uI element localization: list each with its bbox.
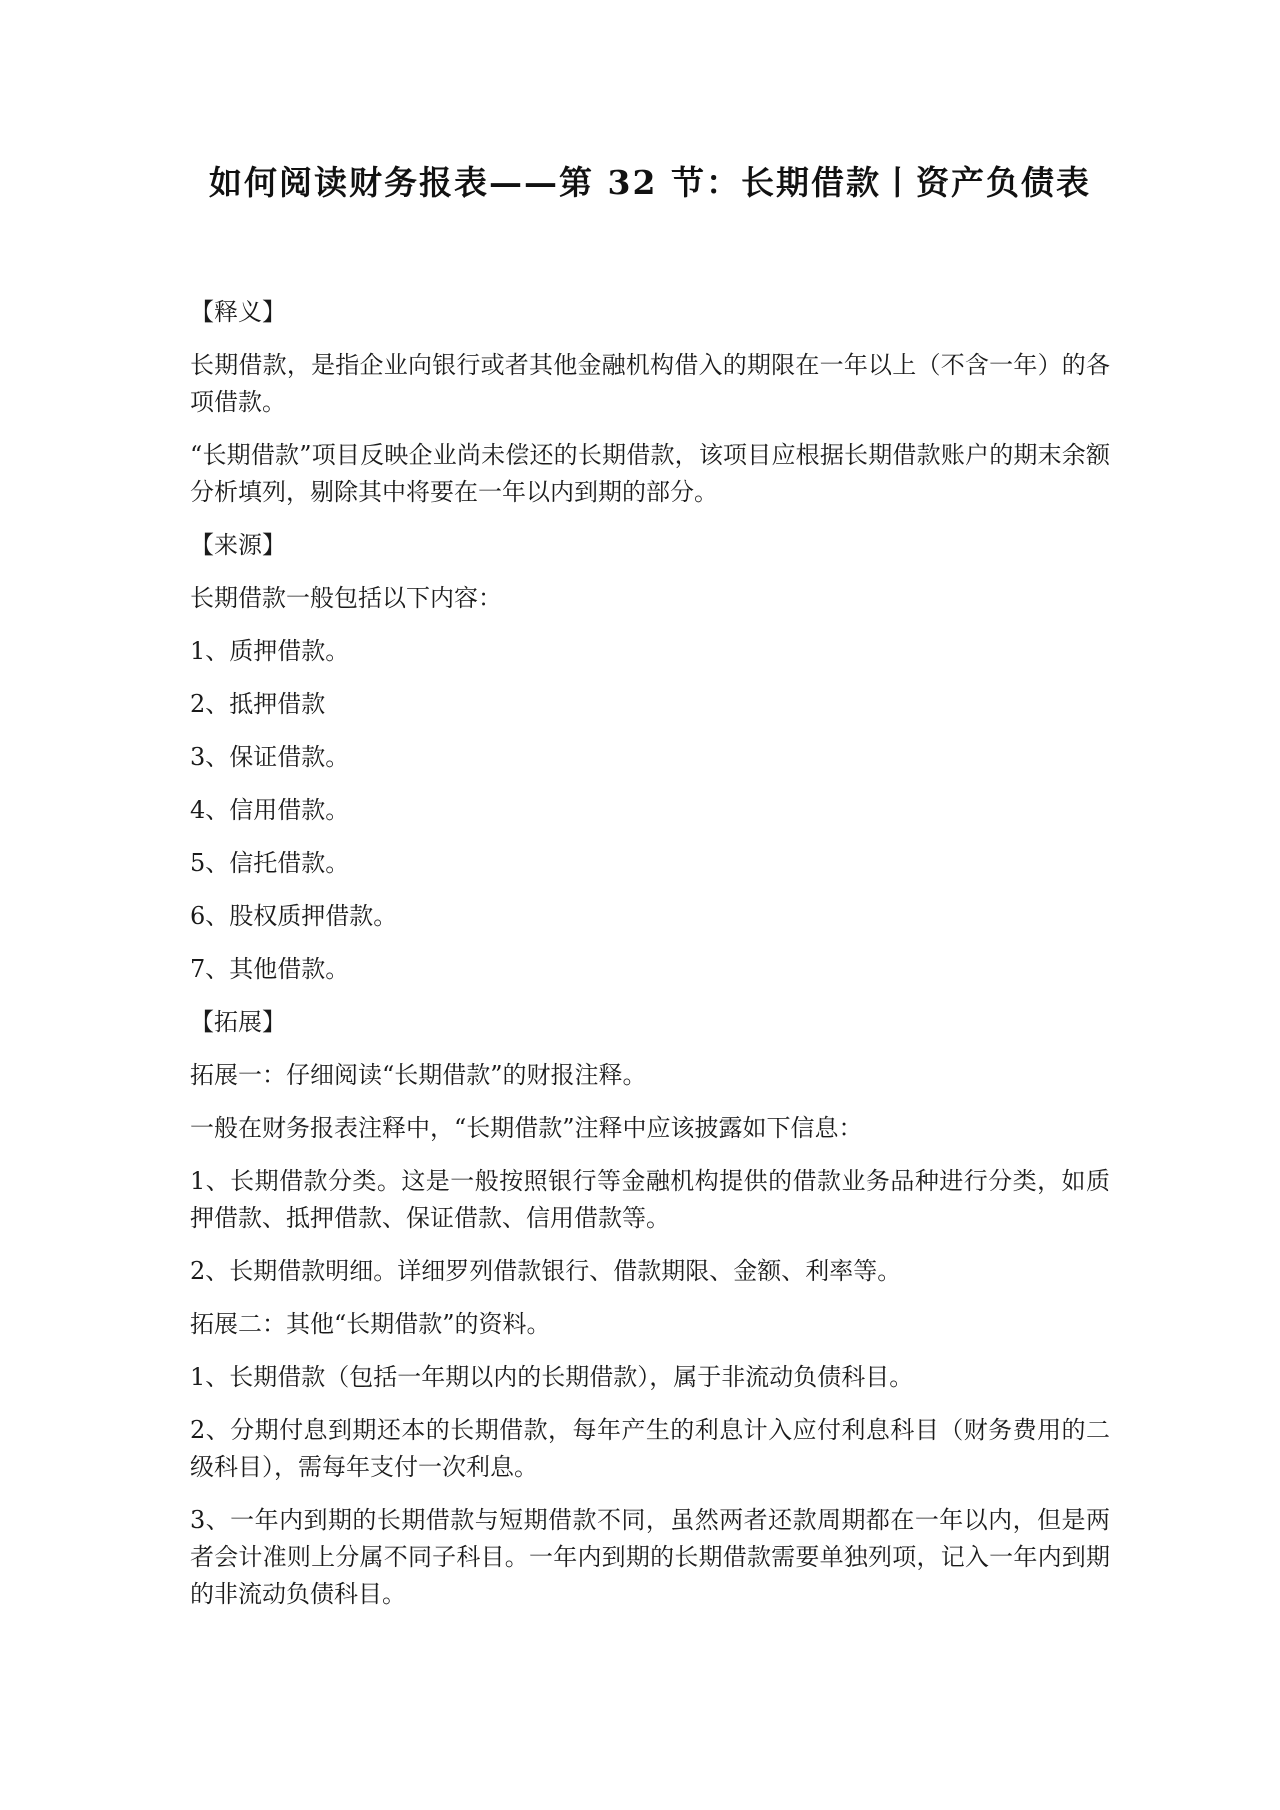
body-paragraph: 长期借款一般包括以下内容： xyxy=(190,580,1110,617)
section-heading: 【来源】 xyxy=(190,527,1110,564)
body-paragraph: 一般在财务报表注释中，“长期借款”注释中应该披露如下信息： xyxy=(190,1110,1110,1147)
list-item: 1、长期借款（包括一年期以内的长期借款），属于非流动负债科目。 xyxy=(190,1359,1110,1396)
list-item: 1、长期借款分类。这是一般按照银行等金融机构提供的借款业务品种进行分类，如质押借… xyxy=(190,1163,1110,1237)
section-heading: 【拓展】 xyxy=(190,1004,1110,1041)
document-page: 如何阅读财务报表——第 32 节：长期借款丨资产负债表 【释义】长期借款，是指企… xyxy=(0,0,1280,1810)
list-item: 2、抵押借款 xyxy=(190,686,1110,723)
list-item: 3、一年内到期的长期借款与短期借款不同，虽然两者还款周期都在一年以内，但是两者会… xyxy=(190,1502,1110,1613)
list-item: 1、质押借款。 xyxy=(190,633,1110,670)
list-item: 4、信用借款。 xyxy=(190,792,1110,829)
document-body: 【释义】长期借款，是指企业向银行或者其他金融机构借入的期限在一年以上（不含一年）… xyxy=(190,294,1110,1613)
document-title: 如何阅读财务报表——第 32 节：长期借款丨资产负债表 xyxy=(190,162,1110,204)
body-paragraph: 拓展一：仔细阅读“长期借款”的财报注释。 xyxy=(190,1057,1110,1094)
list-item: 5、信托借款。 xyxy=(190,845,1110,882)
list-item: 2、长期借款明细。详细罗列借款银行、借款期限、金额、利率等。 xyxy=(190,1253,1110,1290)
body-paragraph: 拓展二：其他“长期借款”的资料。 xyxy=(190,1306,1110,1343)
section-heading: 【释义】 xyxy=(190,294,1110,331)
list-item: 2、分期付息到期还本的长期借款，每年产生的利息计入应付利息科目（财务费用的二级科… xyxy=(190,1412,1110,1486)
body-paragraph: 长期借款，是指企业向银行或者其他金融机构借入的期限在一年以上（不含一年）的各项借… xyxy=(190,347,1110,421)
list-item: 3、保证借款。 xyxy=(190,739,1110,776)
body-paragraph: “长期借款”项目反映企业尚未偿还的长期借款，该项目应根据长期借款账户的期末余额分… xyxy=(190,437,1110,511)
list-item: 6、股权质押借款。 xyxy=(190,898,1110,935)
list-item: 7、其他借款。 xyxy=(190,951,1110,988)
